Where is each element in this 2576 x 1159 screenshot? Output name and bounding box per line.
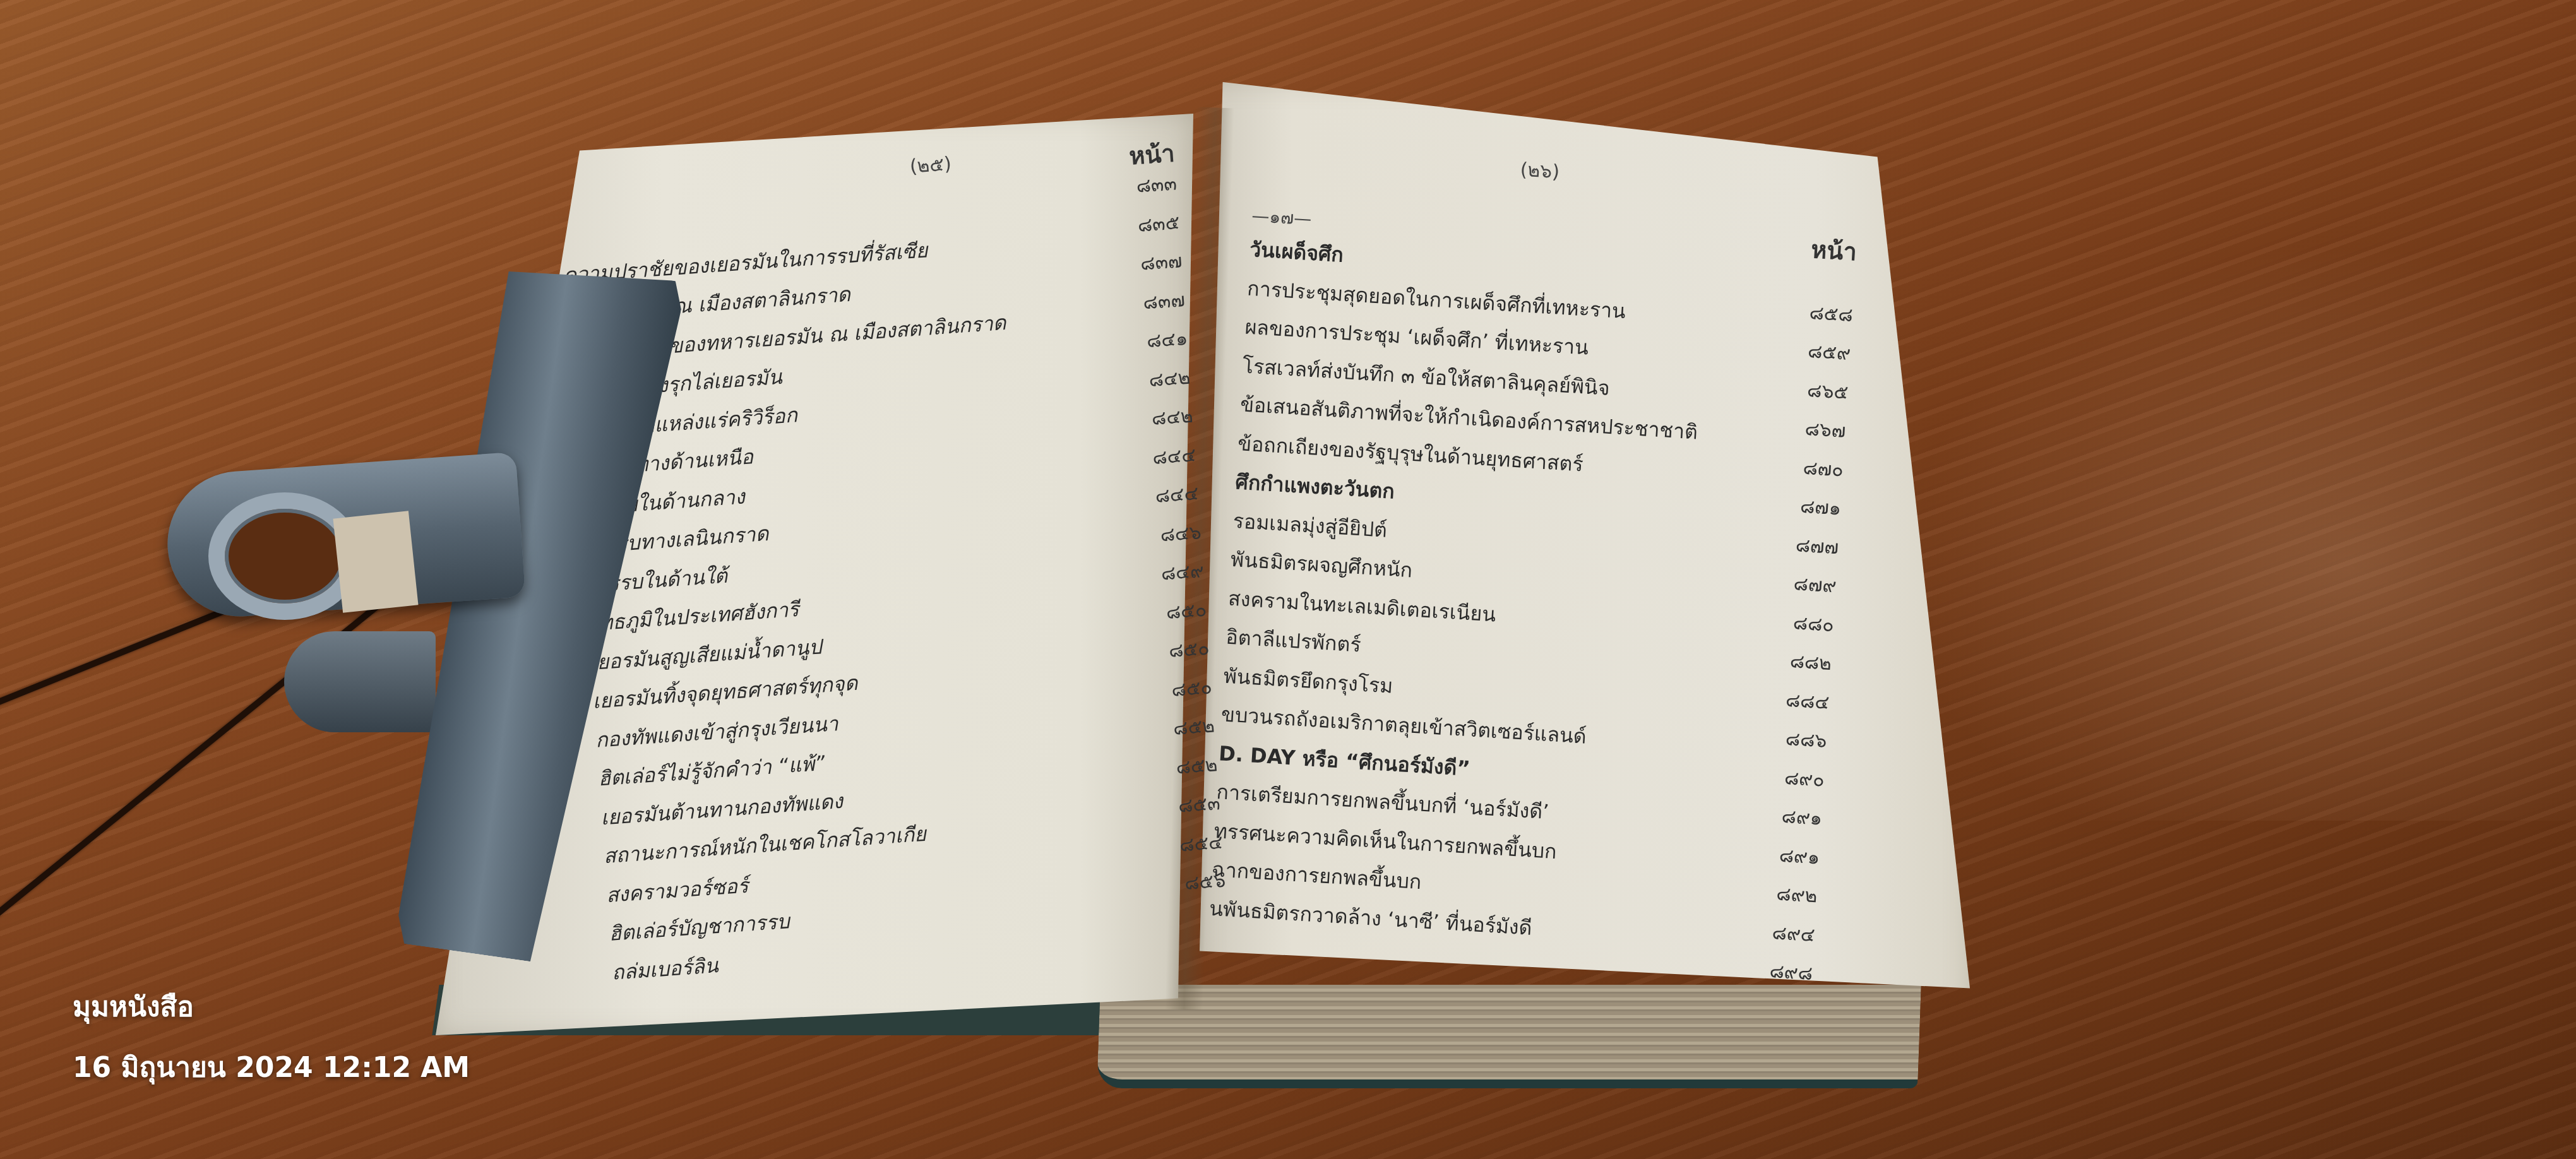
photo-watermark: มุมหนังสือ 16 มิถุนายน 2024 12:12 AM bbox=[73, 985, 470, 1090]
toc-entry-page: ๘๔๑ bbox=[1146, 324, 1189, 356]
toc-entry-page: ๘๙๑ bbox=[1780, 802, 1823, 834]
toc-entry-page: ๘๙๐ bbox=[1784, 763, 1825, 795]
toc-entry-page: ๘๕๒ bbox=[1172, 711, 1216, 743]
toc-entry-page: ๘๕๐ bbox=[1168, 634, 1210, 666]
toc-entry-page: ๘๗๑ bbox=[1799, 492, 1842, 524]
toc-entry-title: วันเผด็จศึก bbox=[1249, 234, 1345, 271]
toc-entry-page: ๘๘๔ bbox=[1785, 685, 1830, 717]
binder-clip-tape bbox=[333, 511, 418, 613]
toc-entry-page: ๘๘๒ bbox=[1789, 646, 1833, 679]
toc-entry-title: ถล่มเบอร์ลิน bbox=[611, 949, 719, 989]
toc-entry-page: ๘๔๔ bbox=[1152, 440, 1197, 473]
toc-entry-page: ๘๔๔ bbox=[1154, 478, 1200, 511]
toc-entry-page: ๘๓๓ bbox=[1135, 169, 1178, 201]
toc-entry-page: ๘๕๘ bbox=[1808, 298, 1854, 330]
toc-entry-page: ๘๔๙ bbox=[1160, 556, 1205, 589]
toc-entry-page: ๘๖๗ bbox=[1804, 414, 1846, 446]
toc-entry-page: ๘๖๕ bbox=[1806, 376, 1849, 408]
toc-entry-page: ๘๕๐ bbox=[1165, 595, 1207, 627]
page-folio: (๒๖) bbox=[1519, 155, 1560, 187]
toc-entry-page: ๘๘๐ bbox=[1792, 608, 1835, 640]
toc-entry-page: ๘๕๒ bbox=[1175, 750, 1219, 782]
toc-entry-page: ๘๕๙ bbox=[1807, 336, 1852, 369]
toc-entry-page: ๘๕๐ bbox=[1171, 672, 1213, 704]
page-column-header: หน้า bbox=[1810, 230, 1858, 271]
toc-list: วันเผด็จศึก การประชุมสุดยอดในการเผด็จศึก… bbox=[1206, 234, 1881, 1008]
toc-entry-page: ๘๔๖ bbox=[1159, 518, 1202, 550]
watermark-datetime: 16 มิถุนายน 2024 12:12 AM bbox=[73, 1045, 470, 1090]
binder-clip-lower-arm bbox=[284, 631, 436, 732]
toc-entry-page: ๘๗๐ bbox=[1802, 453, 1844, 485]
toc-entry-page: ๘๓๗ bbox=[1142, 285, 1186, 318]
toc-entry-page: ๘๓๗ bbox=[1140, 246, 1183, 279]
toc-entry-page: ๘๙๔ bbox=[1772, 918, 1816, 950]
page-folio: (๒๕) bbox=[909, 149, 952, 181]
toc-entry-page: ๘๙๘ bbox=[1768, 956, 1813, 989]
toc-entry-page: ๘๔๒ bbox=[1148, 362, 1191, 395]
chapter-number: —๑๗— bbox=[1251, 202, 1312, 234]
toc-entry-page: ๘๗๙ bbox=[1792, 569, 1837, 601]
toc-entry-page: ๘๗๗ bbox=[1795, 530, 1840, 562]
toc-entry-page: ๘๙๒ bbox=[1775, 879, 1818, 912]
watermark-title: มุมหนังสือ bbox=[73, 985, 470, 1029]
toc-entry-page: ๘๓๕ bbox=[1136, 208, 1180, 241]
toc-entry-page: ๘๘๖ bbox=[1785, 724, 1828, 756]
toc-entry-page: ๘๙๑ bbox=[1779, 840, 1821, 872]
toc-entry-page: ๘๔๒ bbox=[1150, 401, 1194, 434]
